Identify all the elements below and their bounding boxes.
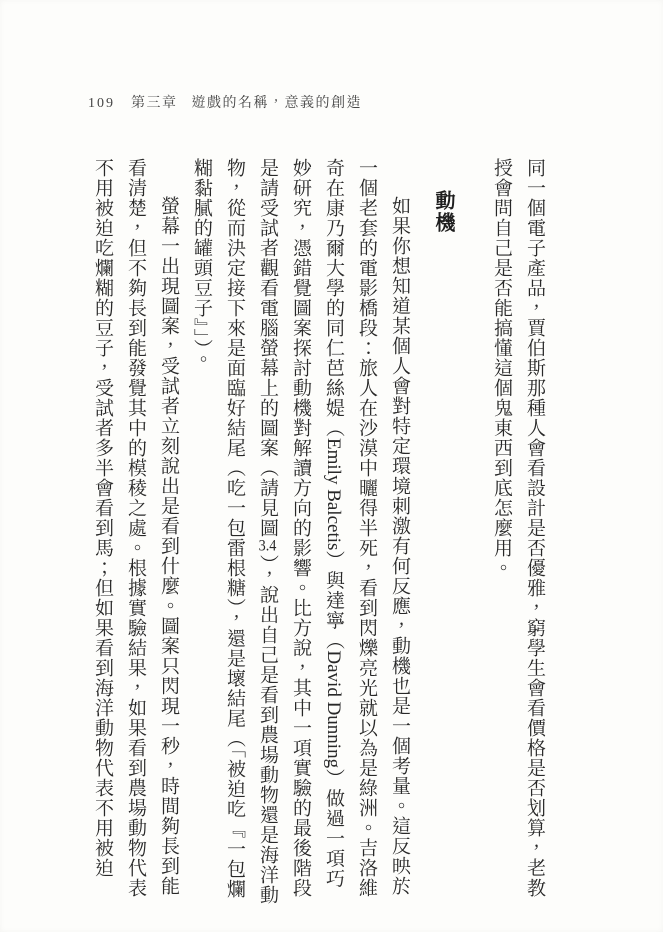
running-header: 109第三章遊戲的名稱，意義的創造: [88, 92, 362, 112]
paragraph-continuation: 同一個電子產品，賈伯斯那種人會看設計是否優雅，窮學生會看價格是否划算，老教授會問…: [485, 158, 551, 908]
figure-reference: 3.4: [259, 538, 276, 554]
book-page: 109第三章遊戲的名稱，意義的創造 同一個電子產品，賈伯斯那種人會看設計是否優雅…: [0, 0, 663, 932]
researcher-name: Emily Balcetis: [323, 438, 344, 550]
paragraph-experiment-result: 螢幕一出現圖案，受試者立刻說出是看到什麼。圖案只閃現一秒，時間夠長到能看清楚，但…: [86, 158, 185, 908]
paragraph-text-segment: ）與達寧（: [323, 550, 344, 650]
page-body-vertical-text: 同一個電子產品，賈伯斯那種人會看設計是否優雅，窮學生會看價格是否划算，老教授會問…: [86, 158, 551, 908]
chapter-label: 第三章: [131, 96, 178, 111]
researcher-name: David Dunning: [323, 650, 344, 768]
chapter-title: 遊戲的名稱，意義的創造: [192, 96, 363, 111]
paragraph-motivation-study: 如果你想知道某個人會對特定環境刺激有何反應，動機也是一個考量。這反映於一個老套的…: [185, 158, 416, 908]
page-number: 109: [88, 96, 115, 111]
section-heading: 動機: [426, 158, 459, 908]
